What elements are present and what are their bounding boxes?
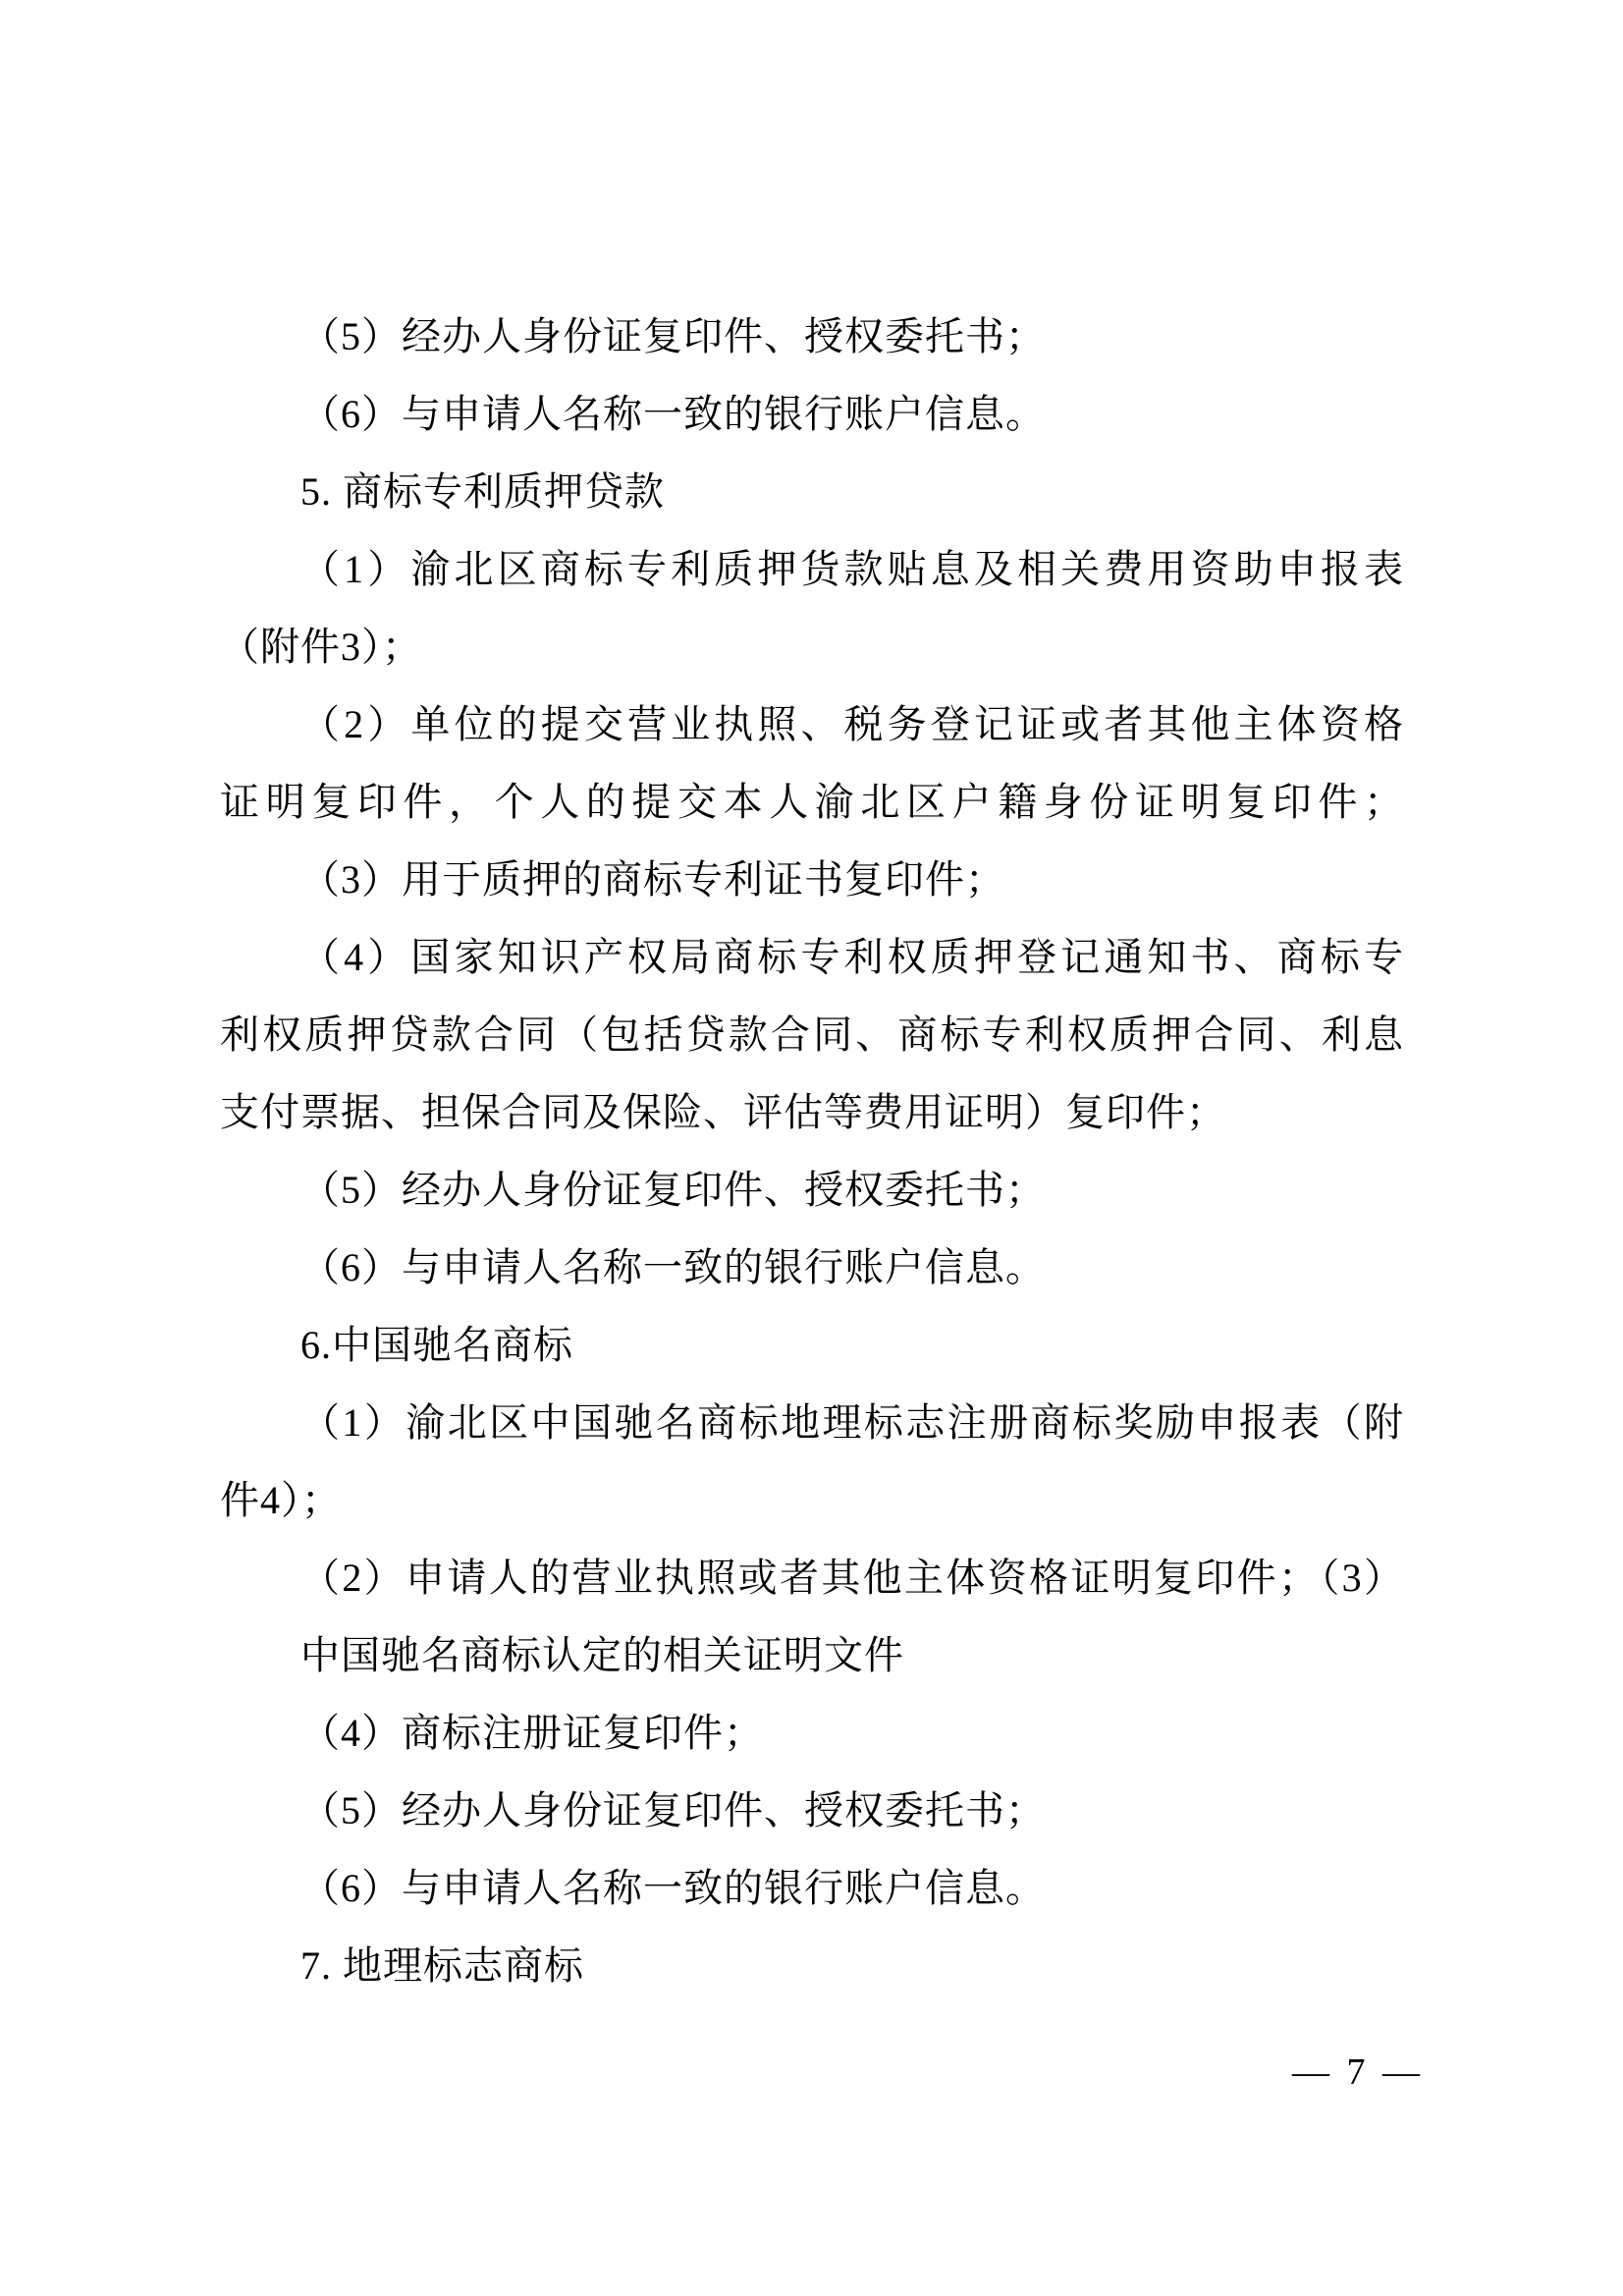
page-number: — 7 — xyxy=(1292,2050,1424,2094)
text-line: 证明复印件，个人的提交本人渝北区户籍身份证明复印件； xyxy=(220,763,1404,841)
text-line: （6）与申请人名称一致的银行账户信息。 xyxy=(220,1849,1404,1927)
text-line: （1）渝北区中国驰名商标地理标志注册商标奖励申报表（附 xyxy=(220,1384,1404,1461)
text-line: （4）国家知识产权局商标专利权质押登记通知书、商标专 xyxy=(220,918,1404,996)
text-line: （3）用于质押的商标专利证书复印件； xyxy=(220,841,1404,918)
text-line: 7. 地理标志商标 xyxy=(220,1927,1404,2004)
text-line: （5）经办人身份证复印件、授权委托书； xyxy=(220,298,1404,375)
text-line: （4）商标注册证复印件； xyxy=(220,1694,1404,1772)
text-line: （1）渝北区商标专利质押货款贴息及相关费用资助申报表 xyxy=(220,530,1404,608)
text-line: （6）与申请人名称一致的银行账户信息。 xyxy=(220,1229,1404,1306)
document-body: （5）经办人身份证复印件、授权委托书；（6）与申请人名称一致的银行账户信息。5.… xyxy=(220,298,1404,2004)
text-line: （5）经办人身份证复印件、授权委托书； xyxy=(220,1151,1404,1229)
text-line: 利权质押贷款合同（包括贷款合同、商标专利权质押合同、利息 xyxy=(220,996,1404,1073)
text-line: 5. 商标专利质押贷款 xyxy=(220,453,1404,530)
text-line: （2）申请人的营业执照或者其他主体资格证明复印件；（3） xyxy=(220,1539,1404,1616)
text-line: （6）与申请人名称一致的银行账户信息。 xyxy=(220,375,1404,453)
text-line: 6.中国驰名商标 xyxy=(220,1306,1404,1384)
text-line: 件4）； xyxy=(220,1461,1404,1539)
text-line: 中国驰名商标认定的相关证明文件 xyxy=(220,1616,1404,1694)
text-line: （5）经办人身份证复印件、授权委托书； xyxy=(220,1772,1404,1849)
text-line: 支付票据、担保合同及保险、评估等费用证明）复印件； xyxy=(220,1073,1404,1151)
text-line: （附件3）； xyxy=(220,608,1404,685)
document-page: （5）经办人身份证复印件、授权委托书；（6）与申请人名称一致的银行账户信息。5.… xyxy=(0,0,1623,2296)
text-line: （2）单位的提交营业执照、税务登记证或者其他主体资格 xyxy=(220,685,1404,763)
